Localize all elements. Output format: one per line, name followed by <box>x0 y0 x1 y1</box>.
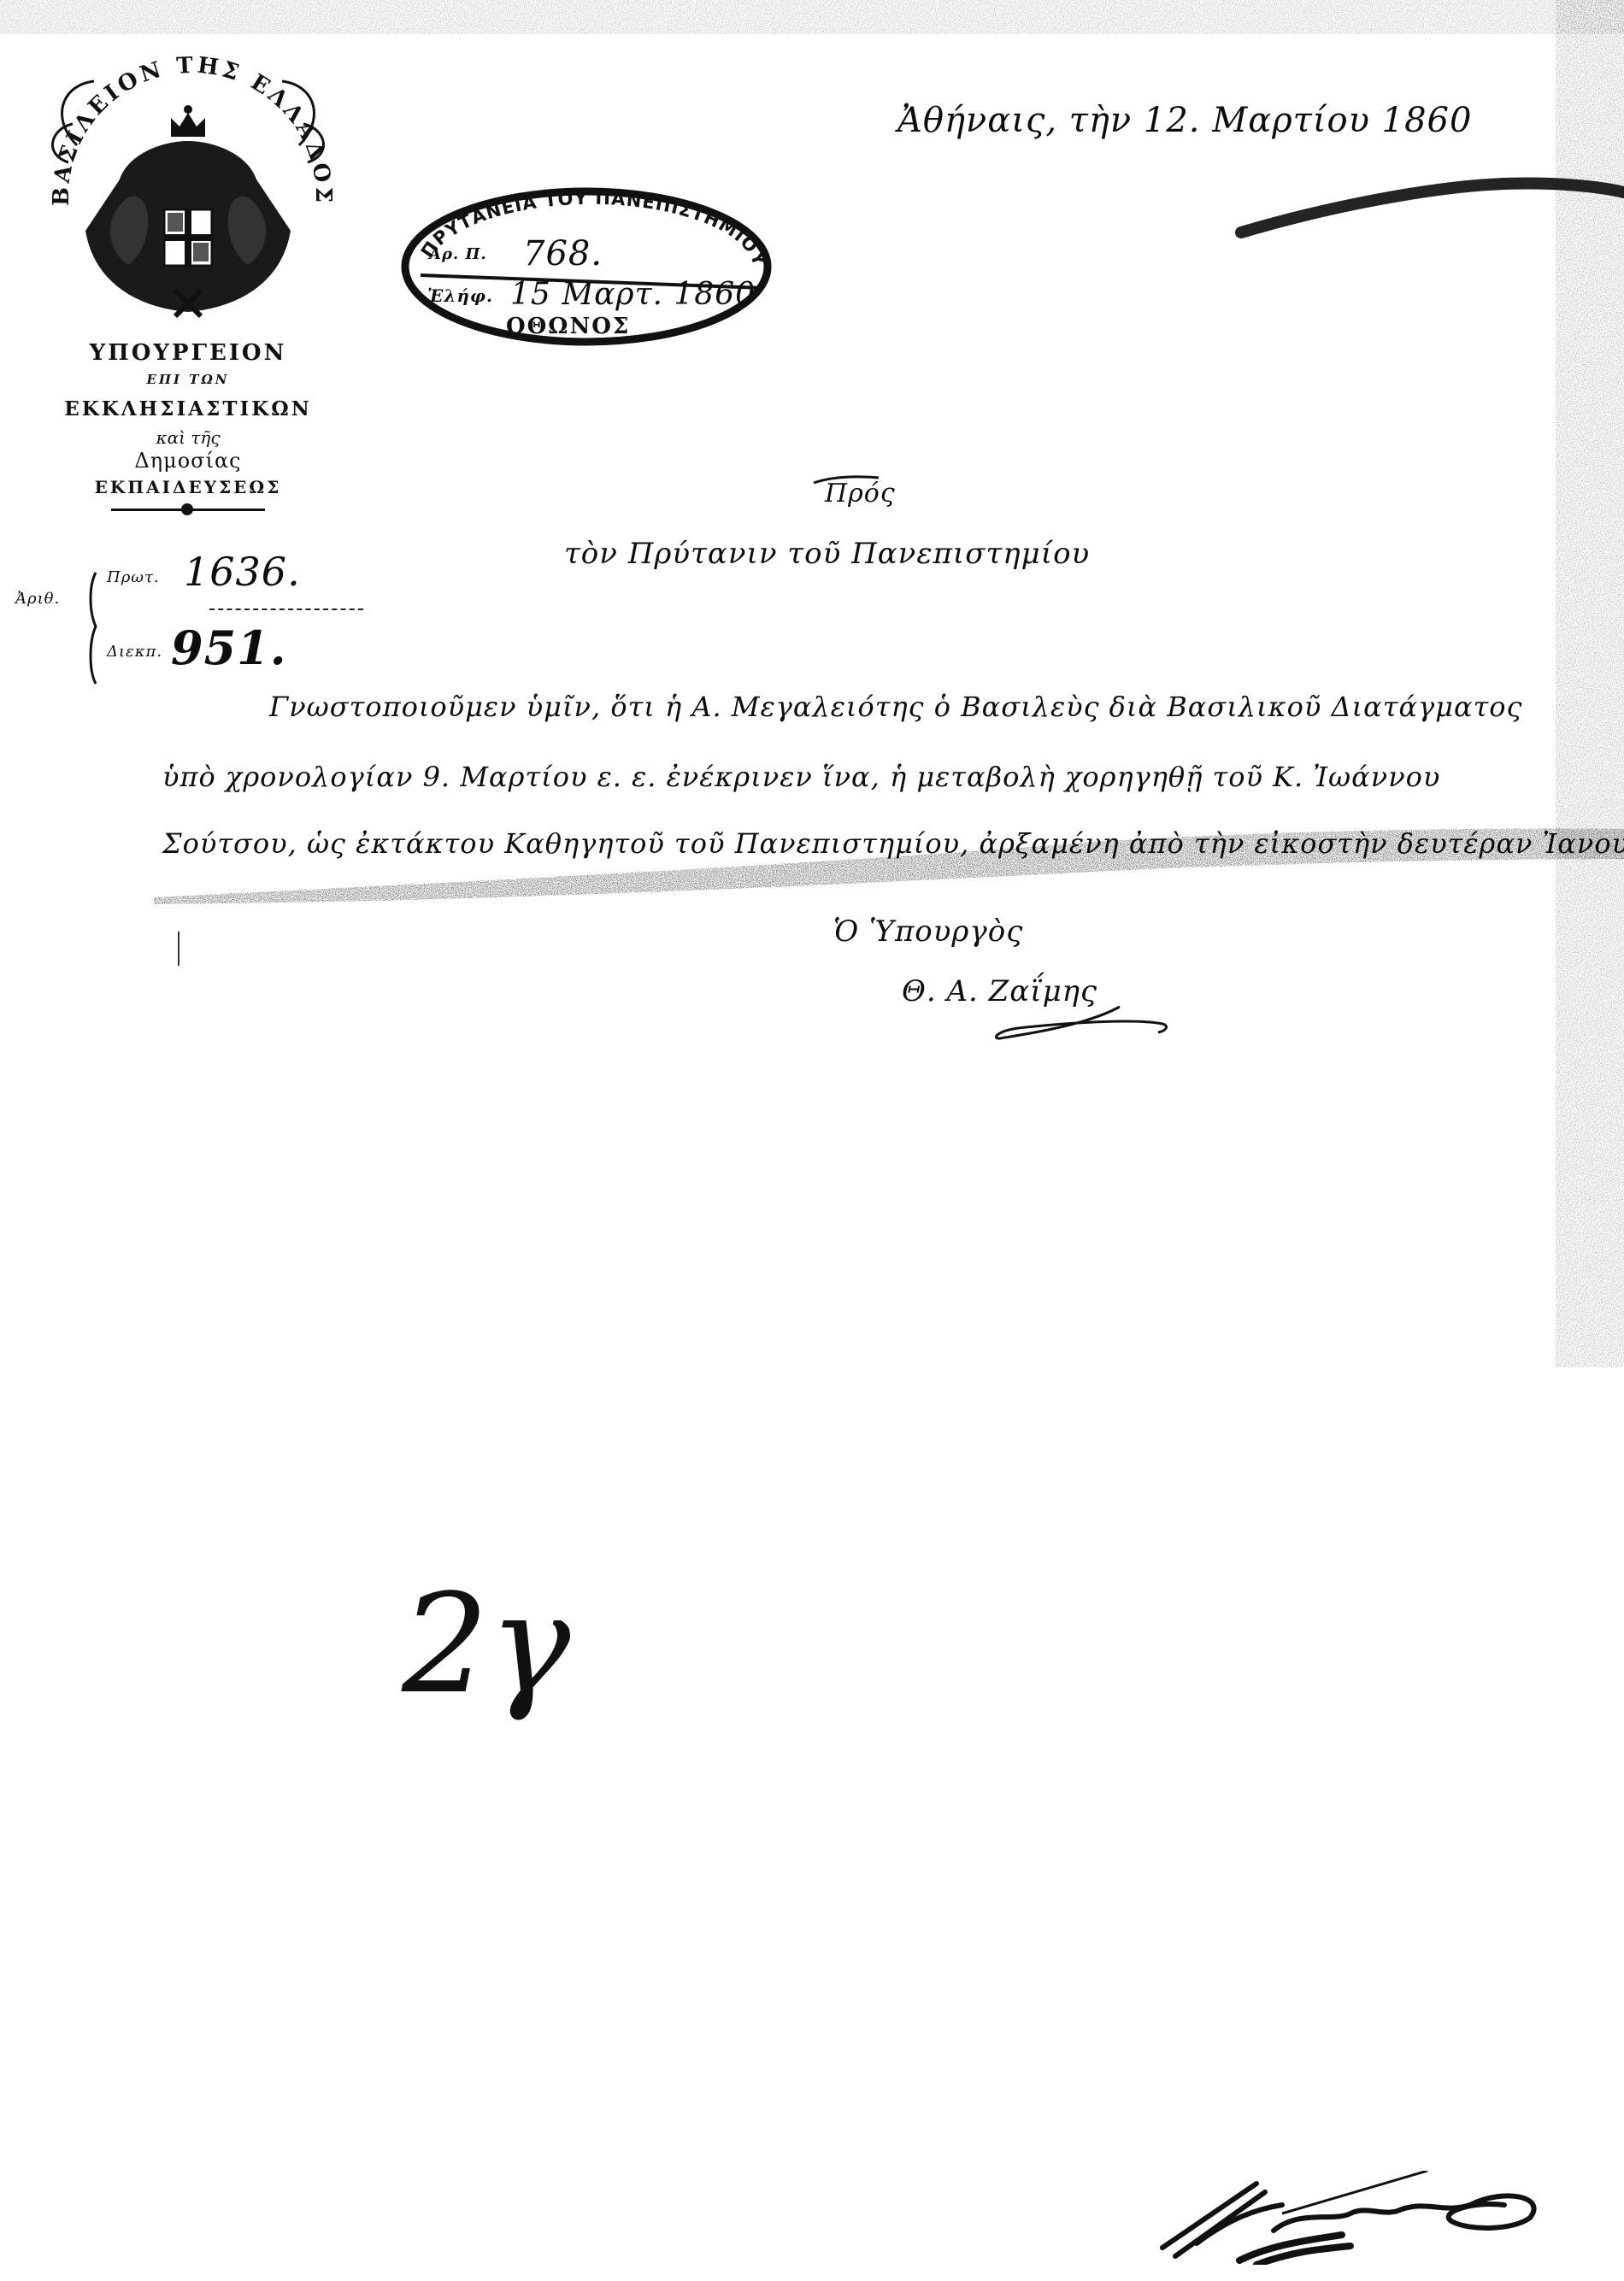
stamp-number: 768. <box>523 234 603 273</box>
closing-minister: Ὁ Ὑπουργὸς <box>833 914 1023 949</box>
signature-underline-flourish <box>991 1000 1171 1043</box>
letterhead-ecclesiastical: ΕΚΚΛΗΣΙΑΣΤΙΚΩΝ <box>34 397 342 420</box>
stamp-date-label: Ἐλήφ. <box>427 285 493 306</box>
document-page: ΒΑΣΙΛΕΙΟΝ ΤΗΣ ΕΛΛΑΔΟΣ ΥΠΟΥΡΓΕΙΟΝ ΕΠΙ ΤΩΝ… <box>0 0 1624 2281</box>
scan-smear <box>154 812 1624 906</box>
bottom-signature <box>1145 2171 1556 2265</box>
ink-smudge-stroke <box>1231 154 1624 248</box>
university-stamp: ΠΡΥΤΑΝΕΙΑ ΤΟΥ ΠΑΝΕΠΙΣΤΗΜΙΟΥ Ἀρ. Π. 768. … <box>395 181 778 350</box>
page-mark: 2γ <box>402 1564 570 1724</box>
letterhead-epi-ton: ΕΠΙ ΤΩΝ <box>34 372 342 387</box>
margin-tick <box>178 932 179 966</box>
protocol-bracket <box>85 568 103 688</box>
letterhead-divider-dot <box>181 503 193 515</box>
protocol-proto-label: Πρωτ. <box>107 568 160 586</box>
body-line-1: Γνωστοποιοῦμεν ὑμῖν, ὅτι ἡ Α. Μεγαλειότη… <box>269 691 1522 723</box>
salutation-to: Πρός <box>825 479 896 509</box>
protocol-diekp-label: Διεκπ. <box>107 643 162 661</box>
stamp-bottom-text: ΟΘΩΝΟΣ <box>506 314 630 339</box>
protocol-proto-number: 1636. <box>184 549 301 595</box>
stamp-date: 15 Μαρτ. 1860 <box>510 277 756 312</box>
protocol-rule <box>209 608 363 610</box>
letterhead-kai-tis: καὶ τῆς <box>34 427 342 448</box>
stamp-arith-label: Ἀρ. Π. <box>429 245 487 263</box>
addressee: τὸν Πρύτανιν τοῦ Πανεπιστημίου <box>564 537 1090 571</box>
body-line-2: ὑπὸ χρονολογίαν 9. Μαρτίου ε. ε. ἐνέκριν… <box>162 761 1440 793</box>
royal-coat-of-arms-icon: ΒΑΣΙΛΕΙΟΝ ΤΗΣ ΕΛΛΑΔΟΣ <box>34 34 342 333</box>
letterhead-education: ΕΚΠΑΙΔΕΥΣΕΩΣ <box>34 477 342 497</box>
date-line: Ἀθήναις, τὴν 12. Μαρτίου 1860 <box>897 101 1472 140</box>
protocol-diekp-number: 951. <box>171 620 287 675</box>
protocol-arith-label: Ἀριθ. <box>15 590 60 608</box>
letterhead-ministry: ΥΠΟΥΡΓΕΙΟΝ <box>34 340 342 366</box>
letterhead: ΒΑΣΙΛΕΙΟΝ ΤΗΣ ΕΛΛΑΔΟΣ ΥΠΟΥΡΓΕΙΟΝ ΕΠΙ ΤΩΝ… <box>34 34 342 513</box>
letterhead-dimosias: Δημοσίας <box>34 449 342 473</box>
